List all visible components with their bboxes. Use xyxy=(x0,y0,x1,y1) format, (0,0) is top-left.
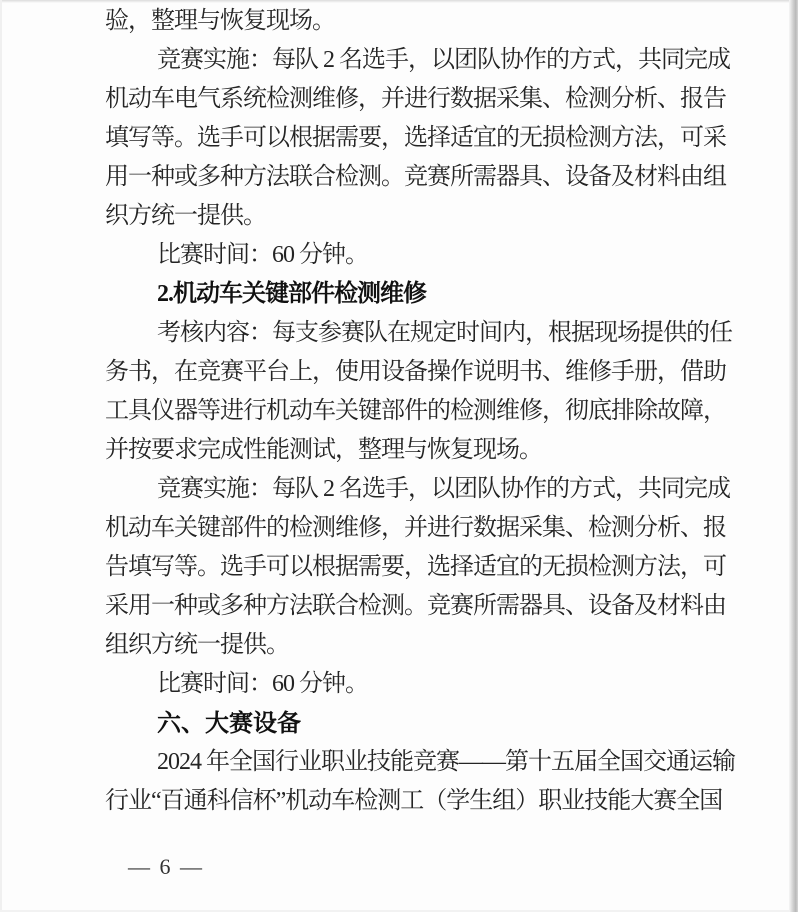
text-line: 工具仪器等进行机动车关键部件的检测维修，彻底排除故障， xyxy=(105,392,745,431)
text-line: 并按要求完成性能测试，整理与恢复现场。 xyxy=(105,431,745,470)
text-line: 比赛时间：60 分钟。 xyxy=(105,236,745,275)
text-line: 验，整理与恢复现场。 xyxy=(105,2,745,41)
text-line: 务书，在竞赛平台上，使用设备操作说明书、维修手册，借助 xyxy=(105,353,745,392)
scan-edge-right xyxy=(789,0,798,912)
text-line: 机动车关键部件的检测维修，并进行数据采集、检测分析、报 xyxy=(105,509,745,548)
scan-edge-left xyxy=(0,0,2,912)
section-heading: 2.机动车关键部件检测维修 xyxy=(105,275,745,314)
text-line: 采用一种或多种方法联合检测。竞赛所需器具、设备及材料由 xyxy=(105,587,745,626)
text-line: 竞赛实施：每队 2 名选手，以团队协作的方式，共同完成 xyxy=(105,41,745,80)
section-heading: 六、大赛设备 xyxy=(105,704,745,743)
text-line: 用一种或多种方法联合检测。竞赛所需器具、设备及材料由组 xyxy=(105,158,745,197)
page-number: — 6 — xyxy=(128,852,204,882)
text-line: 织方统一提供。 xyxy=(105,197,745,236)
scan-edge-top xyxy=(0,0,798,3)
text-line: 机动车电气系统检测维修，并进行数据采集、检测分析、报告 xyxy=(105,80,745,119)
text-line: 组织方统一提供。 xyxy=(105,626,745,665)
document-body: 验，整理与恢复现场。竞赛实施：每队 2 名选手，以团队协作的方式，共同完成机动车… xyxy=(105,2,745,821)
text-line: 考核内容：每支参赛队在规定时间内，根据现场提供的任 xyxy=(105,314,745,353)
text-line: 告填写等。选手可以根据需要，选择适宜的无损检测方法，可 xyxy=(105,548,745,587)
text-line: 2024 年全国行业职业技能竞赛——第十五届全国交通运输 xyxy=(105,743,745,782)
text-line: 填写等。选手可以根据需要，选择适宜的无损检测方法，可采 xyxy=(105,119,745,158)
text-line: 竞赛实施：每队 2 名选手，以团队协作的方式，共同完成 xyxy=(105,470,745,509)
text-line: 比赛时间：60 分钟。 xyxy=(105,665,745,704)
text-line: 行业“百通科信杯”机动车检测工（学生组）职业技能大赛全国 xyxy=(105,782,745,821)
document-page: 验，整理与恢复现场。竞赛实施：每队 2 名选手，以团队协作的方式，共同完成机动车… xyxy=(0,0,798,912)
